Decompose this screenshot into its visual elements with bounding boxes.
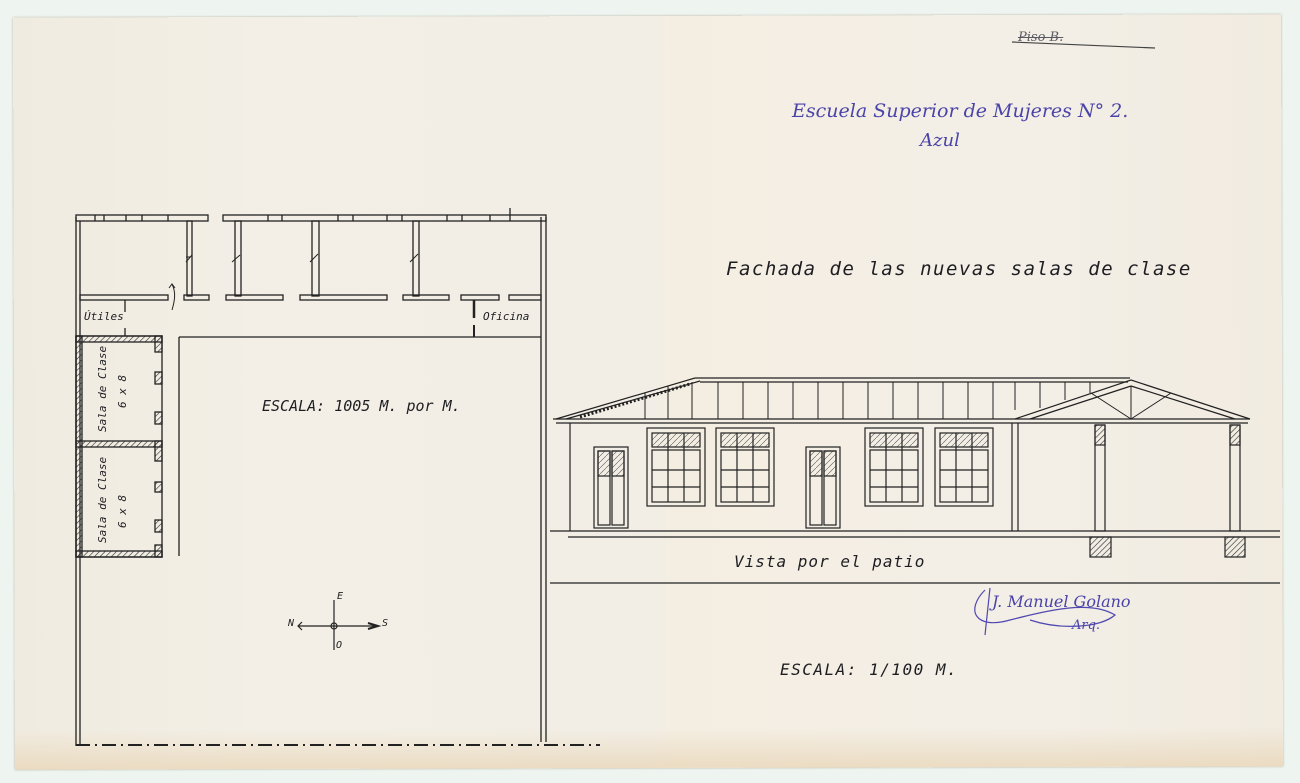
school-name: Escuela Superior de Mujeres N° 2. [792,100,1128,122]
room-size-classroom-2: 6 x 8 [116,495,129,528]
crossed-out-note: Piso B. [1018,30,1063,45]
compass-east: E [337,591,343,602]
view-caption: Vista por el patio [734,552,925,571]
room-label-classroom-2: Sala de Clase [96,457,109,543]
signature-title: Arq. [1072,618,1100,633]
room-label-utiles: Útiles [84,310,124,323]
compass-south: S [382,618,388,629]
signature-name: J. Manuel Golano [992,592,1131,611]
location-label: Azul [920,130,960,151]
facade-title: Fachada de las nuevas salas de clase [726,258,1192,280]
room-size-classroom-1: 6 x 8 [116,375,129,408]
room-label-oficina: Oficina [483,310,529,323]
room-label-classroom-1: Sala de Clase [96,346,109,432]
compass-north: N [288,618,294,629]
elevation-scale-label: ESCALA: 1/100 M. [780,660,958,679]
floor-plan [76,208,600,746]
plan-scale-label: ESCALA: 1005 M. por M. [262,397,461,415]
compass-west: O [336,640,342,651]
